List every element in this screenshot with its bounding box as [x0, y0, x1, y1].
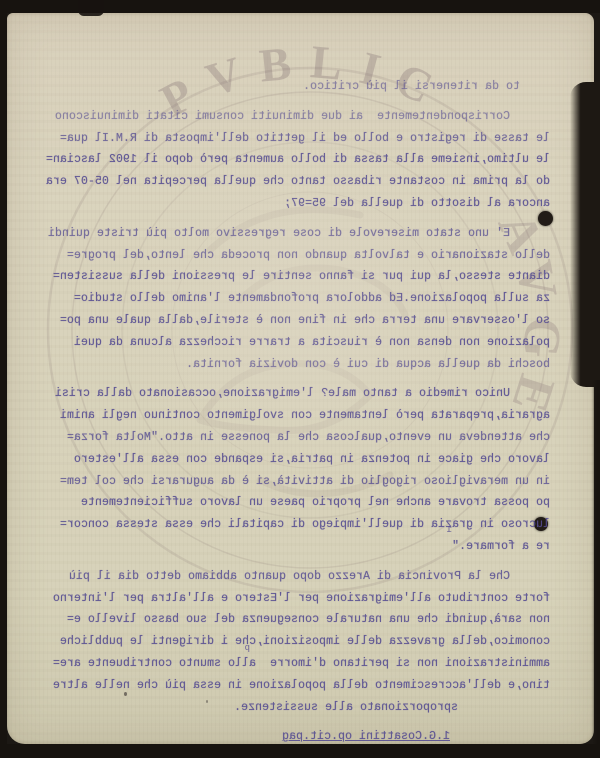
- typewritten-line: po possa trovare anche nel proprio paese…: [50, 492, 550, 514]
- typewritten-line: in un meraviglioso rigoglio di attività,…: [50, 471, 550, 493]
- typewritten-line: lucroso in grazia di quell'impiego di ca…: [50, 514, 550, 536]
- scanner-edge-right-thin: [592, 380, 600, 746]
- typewritten-line: le ultimo,insieme alla tassa di bollo au…: [50, 149, 550, 171]
- typewritten-line: Unico rimedio a tanto male? l'emigrazion…: [50, 383, 550, 405]
- typewritten-line: to da ritenersi il più critico.: [50, 76, 550, 98]
- scanner-edge-notch: [78, 0, 104, 16]
- typewritten-line: che attendeva un evento,qualcosa che la …: [50, 427, 550, 449]
- typewritten-text: 1 p to da ritenersi il più critico.Corri…: [50, 76, 550, 748]
- typewritten-line: le tasse di registro e bollo ed il getti…: [50, 128, 550, 150]
- typewritten-line: lavoro che giace in potenza in patria,si…: [50, 449, 550, 471]
- typewritten-line: polazione non densa non è riuscita a tra…: [50, 332, 550, 354]
- typewritten-line: diante stesso,la qui pur si fanno sentir…: [50, 266, 550, 288]
- typewritten-line: boschi da quella acqua di cui è con dovi…: [50, 354, 550, 376]
- typewritten-line: dello stazionario e talvolta quando non …: [50, 245, 550, 267]
- typewritten-line: non sarà,quindi che una naturale consegu…: [50, 609, 550, 631]
- typewritten-line: ancora al disotto di quella del 95=97;: [50, 193, 550, 215]
- typewritten-line: so l'osservare una terra che in fine non…: [50, 310, 550, 332]
- typewritten-line: Corrispondentemente ai due diminuiti con…: [50, 106, 550, 128]
- scanner-edge-left: [0, 0, 7, 758]
- typewritten-line: agraria,preparata però lentamente con sv…: [50, 405, 550, 427]
- typewritten-line: 1.G.Cosattini op.cit.pag: [50, 726, 550, 748]
- typewritten-line: E' uno stato miserevole di cose regressi…: [50, 223, 550, 245]
- typewritten-line: forte contributo all'emigrazione per l'E…: [50, 588, 550, 610]
- typewritten-line: za sulla popolazione.Ed addolora profond…: [50, 288, 550, 310]
- scanner-edge-right-band: [570, 82, 600, 387]
- typewritten-line: do la prima in costante ribasso tanto ch…: [50, 171, 550, 193]
- typewritten-line: conomico,della gravezza delle imposizion…: [50, 631, 550, 653]
- typewritten-line: Che la Provincia di Arezzo dopo quanto a…: [50, 566, 550, 588]
- document-scan: PVBLIC AVGE 1 p to da ritenersi il più c…: [0, 0, 600, 758]
- typewritten-line: tino,e dell'accrescimento della popolazi…: [50, 675, 550, 697]
- typewritten-line: amministrazioni non si peritano d'imorre…: [50, 653, 550, 675]
- typewritten-line: re a formare.": [50, 536, 550, 558]
- typewritten-line: sproporzionato alle sussistenze.: [50, 697, 550, 719]
